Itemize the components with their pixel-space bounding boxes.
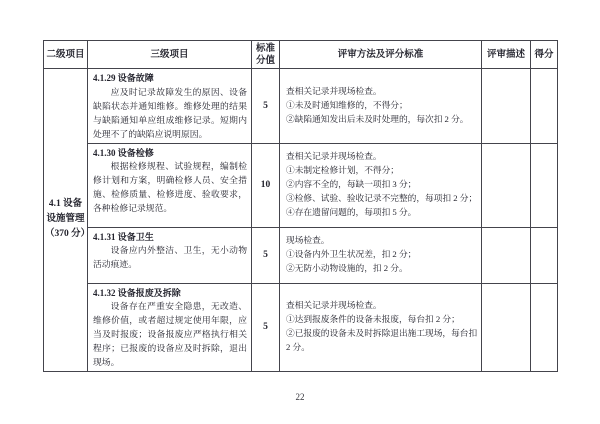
header-secondary-project: 二级项目 xyxy=(44,41,88,69)
table-row: 4.1.32 设备报废及拆除 设备存在严重安全隐患，无改造、维修价值，或者超过规… xyxy=(44,283,558,371)
standard-score-cell: 5 xyxy=(252,69,280,144)
table-row: 4.1.31 设备卫生 设备应内外整洁、卫生，无小动物活动痕迹。 5 现场检查。… xyxy=(44,227,558,283)
review-description-cell xyxy=(482,227,531,283)
item-title: 4.1.32 设备报废及拆除 xyxy=(93,287,247,301)
review-method-cell: 查相关记录并现场检查。 ①达到报废条件的设备未报废，每台扣 2 分； ②已报废的… xyxy=(280,283,482,371)
score-cell xyxy=(531,69,558,144)
header-score: 得分 xyxy=(531,41,558,69)
score-cell xyxy=(531,143,558,227)
review-description-cell xyxy=(482,69,531,144)
review-method-cell: 查相关记录并现场检查。 ①未及时通知维修的，不得分； ②缺陷通知发出后未及时处理… xyxy=(280,69,482,144)
table-header-row: 二级项目 三级项目 标准分值 评审方法及评分标准 评审描述 得分 xyxy=(44,41,558,69)
item-title: 4.1.30 设备检修 xyxy=(93,147,247,161)
item-title: 4.1.29 设备故障 xyxy=(93,72,247,86)
review-method-cell: 查相关记录并现场检查。 ①未制定检修计划，不得分； ②内容不全的，每缺一项扣 3… xyxy=(280,143,482,227)
page-number: 22 xyxy=(0,392,600,402)
score-cell xyxy=(531,227,558,283)
review-method-cell: 现场检查。 ①设备内外卫生状况差，扣 2 分； ②无防小动物设施的，扣 2 分。 xyxy=(280,227,482,283)
score-cell xyxy=(531,283,558,371)
review-method-text: 现场检查。 ①设备内外卫生状况差，扣 2 分； ②无防小动物设施的，扣 2 分。 xyxy=(286,234,479,276)
document-page: 二级项目 三级项目 标准分值 评审方法及评分标准 评审描述 得分 4.1 设备 … xyxy=(0,0,600,424)
header-standard-score: 标准分值 xyxy=(252,41,280,69)
review-description-cell xyxy=(482,143,531,227)
item-description: 设备应内外整洁、卫生，无小动物活动痕迹。 xyxy=(93,244,247,272)
header-tertiary-project: 三级项目 xyxy=(88,41,252,69)
review-method-text: 查相关记录并现场检查。 ①未制定检修计划，不得分； ②内容不全的，每缺一项扣 3… xyxy=(286,150,479,220)
header-review-description: 评审描述 xyxy=(482,41,531,69)
item-description: 设备存在严重安全隐患，无改造、维修价值，或者超过规定使用年限，应当及时报废；设备… xyxy=(93,300,247,370)
item-description: 根据检修规程、试验规程，编制检修计划和方案，明确检修人员、安全措施、检修质量、检… xyxy=(93,160,247,216)
standard-score-cell: 5 xyxy=(252,227,280,283)
review-method-text: 查相关记录并现场检查。 ①未及时通知维修的，不得分； ②缺陷通知发出后未及时处理… xyxy=(286,85,479,127)
table-row: 4.1 设备 设施管理 （370 分） 4.1.29 设备故障 应及时记录故障发… xyxy=(44,69,558,144)
review-description-cell xyxy=(482,283,531,371)
item-title: 4.1.31 设备卫生 xyxy=(93,231,247,245)
tertiary-project-cell: 4.1.31 设备卫生 设备应内外整洁、卫生，无小动物活动痕迹。 xyxy=(88,227,252,283)
review-table: 二级项目 三级项目 标准分值 评审方法及评分标准 评审描述 得分 4.1 设备 … xyxy=(43,40,558,372)
tertiary-project-cell: 4.1.29 设备故障 应及时记录故障发生的原因、设备缺陷状态并通知维修。维修处… xyxy=(88,69,252,144)
standard-score-cell: 5 xyxy=(252,283,280,371)
tertiary-project-cell: 4.1.32 设备报废及拆除 设备存在严重安全隐患，无改造、维修价值，或者超过规… xyxy=(88,283,252,371)
table-row: 4.1.30 设备检修 根据检修规程、试验规程，编制检修计划和方案，明确检修人员… xyxy=(44,143,558,227)
standard-score-cell: 10 xyxy=(252,143,280,227)
tertiary-project-cell: 4.1.30 设备检修 根据检修规程、试验规程，编制检修计划和方案，明确检修人员… xyxy=(88,143,252,227)
header-review-method: 评审方法及评分标准 xyxy=(280,41,482,69)
item-description: 应及时记录故障发生的原因、设备缺陷状态并通知维修。维修处理的结果与缺陷通知单应组… xyxy=(93,86,247,142)
secondary-project-cell: 4.1 设备 设施管理 （370 分） xyxy=(44,69,88,372)
review-method-text: 查相关记录并现场检查。 ①达到报废条件的设备未报废，每台扣 2 分； ②已报废的… xyxy=(286,299,479,355)
